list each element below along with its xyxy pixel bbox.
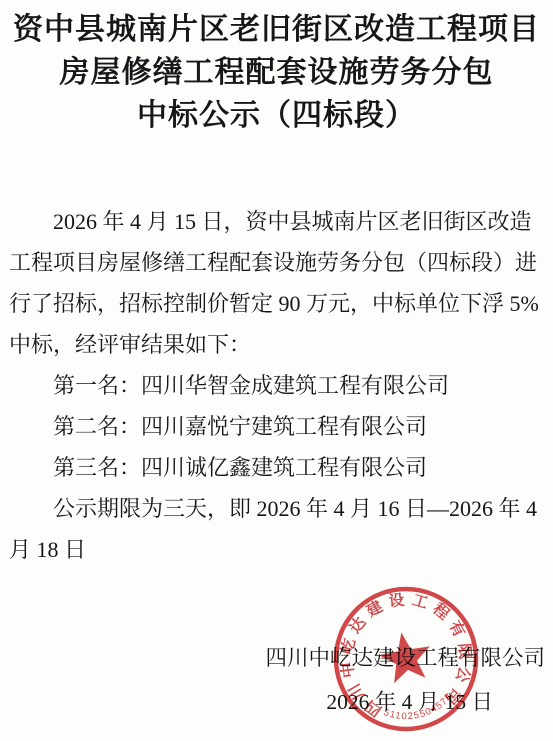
winner-line-1: 第一名：四川华智金成建筑工程有限公司 <box>9 365 543 406</box>
title-line-3: 中标公示（四标段） <box>6 94 547 137</box>
title-line-2: 房屋修缮工程配套设施劳务分包 <box>6 51 547 94</box>
publicity-paragraph: 公示期限为三天，即 2026 年 4 月 16 日—2026 年 4 月 18 … <box>9 488 543 570</box>
signature-date: 2026 年 4 月 15 日 <box>265 680 545 724</box>
document-body: 2026 年 4 月 15 日，资中县城南片区老旧街区改造工程项目房屋修缮工程配… <box>9 201 543 570</box>
winner-line-3: 第三名：四川诚亿鑫建筑工程有限公司 <box>9 447 543 488</box>
winner-line-2: 第二名：四川嘉悦宁建筑工程有限公司 <box>9 406 543 447</box>
title-line-1: 资中县城南片区老旧街区改造工程项目 <box>6 8 547 51</box>
intro-paragraph: 2026 年 4 月 15 日，资中县城南片区老旧街区改造工程项目房屋修缮工程配… <box>9 201 543 365</box>
signature-block: 四川中屹达建设工程有限公司 2026 年 4 月 15 日 <box>265 636 545 724</box>
document-title: 资中县城南片区老旧街区改造工程项目 房屋修缮工程配套设施劳务分包 中标公示（四标… <box>6 8 547 137</box>
signature-company: 四川中屹达建设工程有限公司 <box>265 636 545 680</box>
document-page: 资中县城南片区老旧街区改造工程项目 房屋修缮工程配套设施劳务分包 中标公示（四标… <box>0 0 553 741</box>
